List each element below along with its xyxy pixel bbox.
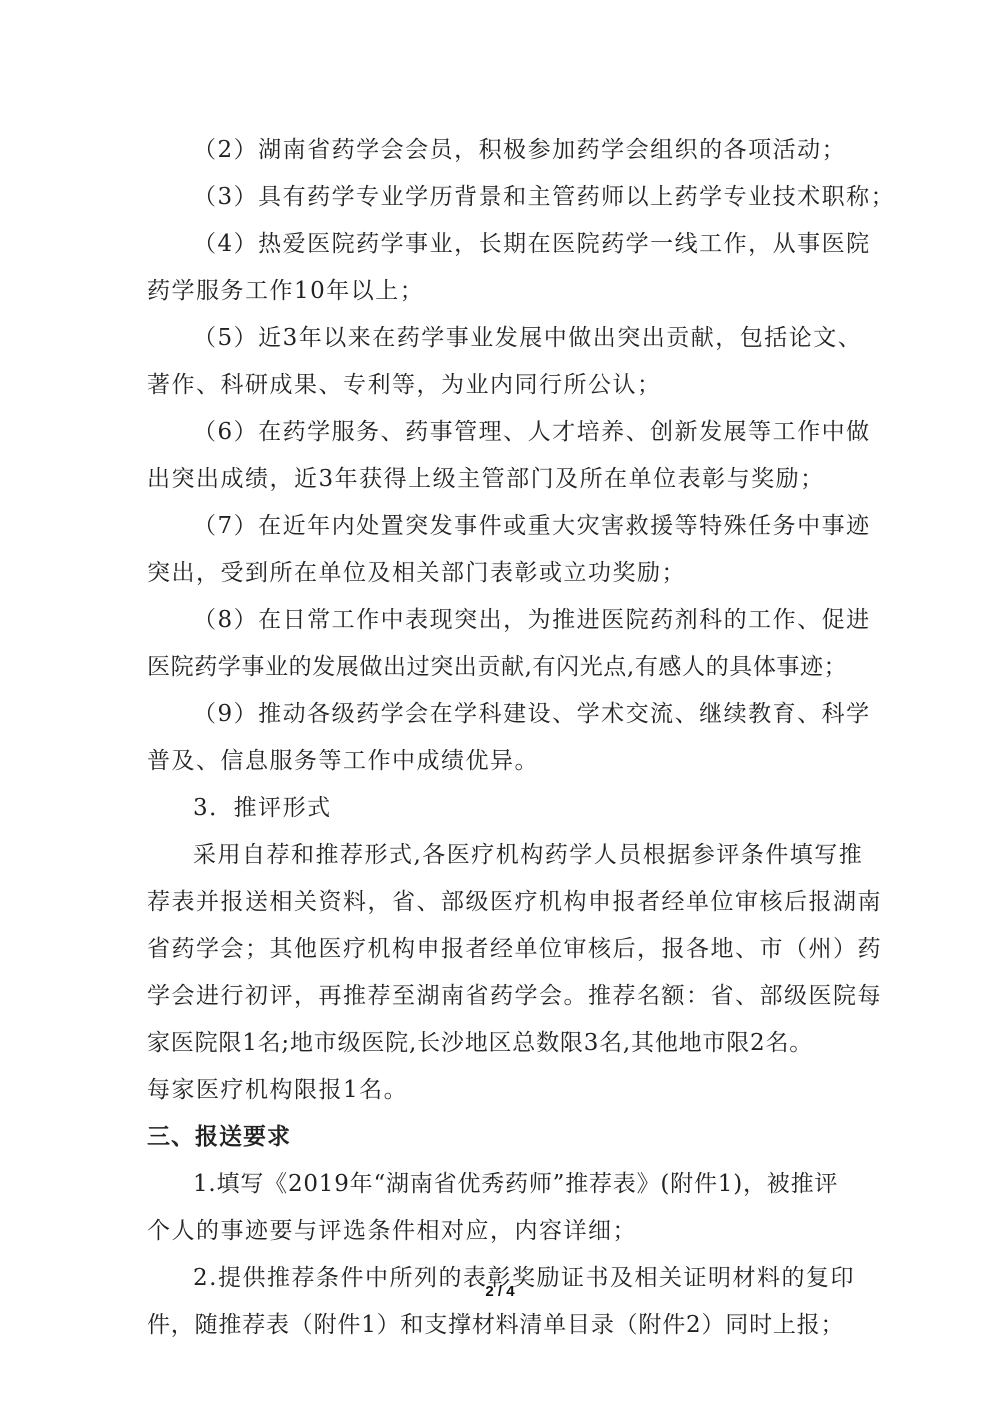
criterion-2: （2）湖南省药学会会员，积极参加药学会组织的各项活动； bbox=[193, 135, 846, 165]
subsection-heading-3: 3．推评形式 bbox=[193, 793, 332, 823]
criterion-3: （3）具有药学专业学历背景和主管药师以上药学专业技术职称； bbox=[193, 182, 895, 212]
page-number: 2 / 4 bbox=[0, 1283, 1000, 1300]
requirement-2-cont: 件，随推荐表（附件1）和支撑材料清单目录（附件2）同时上报； bbox=[147, 1310, 844, 1340]
criterion-4: （4）热爱医院药学事业，长期在医院药学一线工作，从事医院 bbox=[193, 229, 871, 259]
criterion-7: （7）在近年内处置突发事件或重大灾害救援等特殊任务中事迹 bbox=[193, 511, 871, 541]
criterion-5: （5）近3年以来在药学事业发展中做出突出贡献，包括论文、 bbox=[193, 323, 862, 353]
criterion-9-cont: 普及、信息服务等工作中成绩优异。 bbox=[147, 746, 539, 776]
document-page: （2）湖南省药学会会员，积极参加药学会组织的各项活动； （3）具有药学专业学历背… bbox=[0, 0, 1000, 1414]
criterion-8-cont: 医院药学事业的发展做出过突出贡献,有闪光点,有感人的具体事迹； bbox=[147, 652, 847, 682]
paragraph-form-line-6: 每家医疗机构限报1名。 bbox=[147, 1075, 408, 1105]
criterion-7-cont: 突出，受到所在单位及相关部门表彰或立功奖励； bbox=[147, 558, 686, 588]
criterion-4-cont: 药学服务工作10年以上； bbox=[147, 276, 424, 306]
paragraph-form-line-5: 家医院限1名;地市级医院,长沙地区总数限3名,其他地市限2名。 bbox=[147, 1028, 813, 1058]
paragraph-form-line-3: 省药学会；其他医疗机构申报者经单位审核后，报各地、市（州）药 bbox=[147, 934, 882, 964]
criterion-6: （6）在药学服务、药事管理、人才培养、创新发展等工作中做 bbox=[193, 417, 871, 447]
criterion-6-cont: 出突出成绩，近3年获得上级主管部门及所在单位表彰与奖励； bbox=[147, 464, 825, 494]
criterion-9: （9）推动各级药学会在学科建设、学术交流、继续教育、科学 bbox=[193, 699, 871, 729]
section-heading-submission: 三、报送要求 bbox=[147, 1122, 291, 1152]
paragraph-form-line-2: 荐表并报送相关资料，省、部级医疗机构申报者经单位审核后报湖南 bbox=[147, 887, 882, 917]
paragraph-form-line-4: 学会进行初评，再推荐至湖南省药学会。推荐名额：省、部级医院每 bbox=[147, 981, 882, 1011]
paragraph-form-line-1: 采用自荐和推荐形式,各医疗机构药学人员根据参评条件填写推 bbox=[193, 840, 863, 870]
criterion-8: （8）在日常工作中表现突出，为推进医院药剂科的工作、促进 bbox=[193, 605, 871, 635]
requirement-1: 1.填写《2019年“湖南省优秀药师”推荐表》(附件1)，被推评 bbox=[193, 1169, 838, 1199]
criterion-5-cont: 著作、科研成果、专利等，为业内同行所公认； bbox=[147, 370, 662, 400]
requirement-1-cont: 个人的事迹要与评选条件相对应，内容详细； bbox=[147, 1216, 637, 1246]
